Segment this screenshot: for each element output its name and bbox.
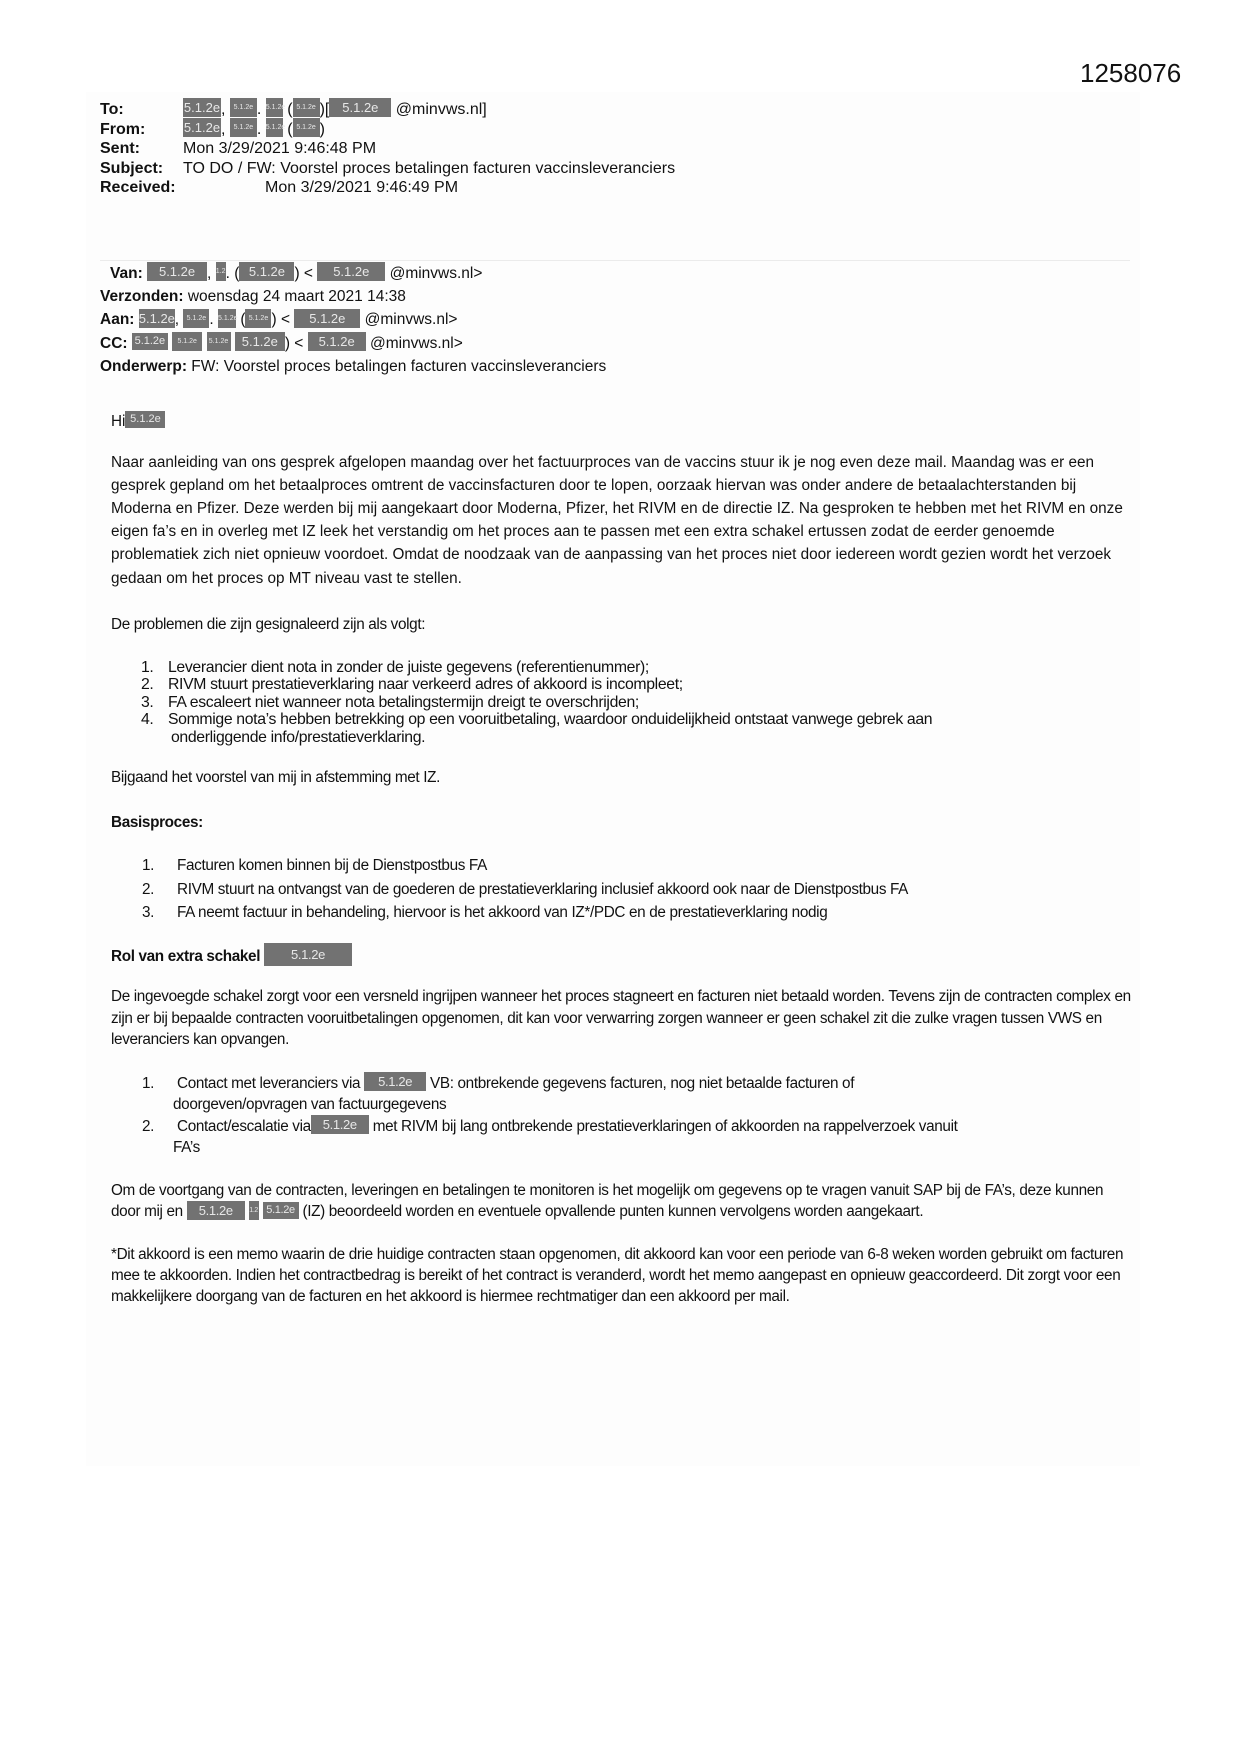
greeting: Hi5.1.2e: [111, 410, 1131, 433]
redaction-box: 5.1.2e: [207, 332, 231, 351]
list-text: RIVM stuurt na ontvangst van de goederen…: [177, 881, 908, 898]
redaction-box: 5.1.2e: [263, 1202, 299, 1219]
from-label: From:: [100, 120, 183, 139]
list-number: 1.: [142, 854, 154, 877]
verzonden-value: woensdag 24 maart 2021 14:38: [188, 288, 406, 305]
redaction-box: 1.2: [216, 262, 226, 281]
aan-domain: @minvws.nl>: [365, 311, 458, 328]
role-paragraph: De ingevoegde schakel zorgt voor een ver…: [111, 986, 1131, 1051]
list-text: FA escaleert niet wanneer nota betalings…: [168, 694, 639, 711]
list-text-continuation: doorgeven/opvragen van factuurgegevens: [173, 1096, 446, 1113]
list-text: RIVM stuurt prestatieverklaring naar ver…: [168, 676, 683, 693]
onderwerp-label: Onderwerp:: [100, 358, 187, 375]
list-item: 2.Contact/escalatie via5.1.2e met RIVM b…: [111, 1116, 1131, 1159]
proposal-intro: Bijgaand het voorstel van mij in afstemm…: [111, 766, 1131, 789]
list-item: 1.Facturen komen binnen bij de Dienstpos…: [111, 854, 1131, 877]
verzonden-label: Verzonden:: [100, 288, 184, 305]
sent-value: Mon 3/29/2021 9:46:48 PM: [183, 139, 376, 158]
from-value: 5.1.2e, 5.1.2e. 5.1.2e (5.1.2e): [183, 120, 325, 139]
sent-row: Sent:Mon 3/29/2021 9:46:48 PM: [100, 139, 675, 159]
list-number: 2.: [142, 1116, 154, 1138]
intro-paragraph: Naar aanleiding van ons gesprek afgelope…: [111, 451, 1131, 590]
list-text: met RIVM bij lang ontbrekende prestatiev…: [373, 1118, 958, 1135]
list-item: 1.Leverancier dient nota in zonder de ju…: [111, 659, 1131, 677]
van-label: Van:: [110, 265, 143, 282]
verzonden-row: Verzonden: woensdag 24 maart 2021 14:38: [100, 285, 606, 308]
to-value: 5.1.2e, 5.1.2e. 5.1.2e (5.1.2e)[5.1.2e @…: [183, 100, 487, 119]
header-divider: [100, 260, 1130, 261]
basis-steps-list: 1.Facturen komen binnen bij de Dienstpos…: [111, 854, 1131, 923]
redaction-box: 5.1.2e: [364, 1072, 426, 1091]
redaction-box: 5.1.2e: [183, 309, 209, 328]
list-text: Contact met leveranciers via: [177, 1075, 360, 1092]
cc-domain: @minvws.nl>: [370, 335, 463, 352]
list-number: 2.: [141, 676, 153, 694]
role-list: 1.Contact met leveranciers via 5.1.2e VB…: [111, 1073, 1131, 1159]
received-label: Received:: [100, 178, 183, 197]
redaction-box: 5.1.2e: [183, 118, 221, 137]
redaction-box: 5.1.2e: [293, 98, 320, 117]
redaction-box: 5.1.2e: [187, 1201, 245, 1220]
email-header: To:5.1.2e, 5.1.2e. 5.1.2e (5.1.2e)[5.1.2…: [100, 100, 675, 198]
redaction-box: 5.1.2e: [172, 332, 202, 351]
list-text: Leverancier dient nota in zonder de juis…: [168, 659, 649, 676]
redaction-box: 5.1.2e: [245, 309, 271, 328]
redaction-box: 5.1.2e: [147, 262, 207, 281]
from-row: From:5.1.2e, 5.1.2e. 5.1.2e (5.1.2e): [100, 120, 675, 140]
list-text-continuation: FA’s: [173, 1139, 200, 1156]
redaction-box: 5.1.2e: [317, 262, 385, 281]
redaction-box: 5.1.2e: [230, 98, 257, 117]
redaction-box: 5.1.2e: [239, 262, 294, 281]
list-text: VB: ontbrekende gegevens facturen, nog n…: [430, 1075, 854, 1092]
monitor-paragraph: Om de voortgang van de contracten, lever…: [111, 1180, 1131, 1223]
document-number: 1258076: [1080, 58, 1181, 89]
redaction-box: 5.1.2e: [264, 943, 352, 966]
redaction-box: 5.1.2e: [125, 411, 165, 428]
list-text: Sommige nota’s hebben betrekking op een …: [168, 711, 932, 728]
redaction-box: 5.1.2e: [311, 1115, 369, 1134]
redaction-box: 5.1.2e: [329, 98, 391, 117]
list-text: Contact/escalatie via: [177, 1118, 311, 1135]
list-item: 1.Contact met leveranciers via 5.1.2e VB…: [111, 1073, 1131, 1116]
to-domain: @minvws.nl]: [396, 101, 487, 118]
footnote-paragraph: *Dit akkoord is een memo waarin de drie …: [111, 1244, 1131, 1307]
list-number: 4.: [141, 711, 153, 729]
list-item: 2.RIVM stuurt prestatieverklaring naar v…: [111, 676, 1131, 694]
redaction-box: 5.1.2e: [293, 118, 320, 137]
list-number: 1.: [141, 659, 153, 677]
list-number: 3.: [142, 901, 154, 924]
list-item-continuation: onderliggende info/prestatieverklaring.: [111, 729, 1131, 747]
redaction-box: 5.1.2e: [218, 309, 236, 328]
to-row: To:5.1.2e, 5.1.2e. 5.1.2e (5.1.2e)[5.1.2…: [100, 100, 675, 120]
email-body: Hi5.1.2e Naar aanleiding van ons gesprek…: [111, 410, 1131, 1307]
list-number: 3.: [141, 694, 153, 712]
role-heading-text: Rol van extra schakel: [111, 948, 260, 965]
onderwerp-value: FW: Voorstel proces betalingen facturen …: [191, 358, 606, 375]
forwarded-header: Van: 5.1.2e, 1.2. (5.1.2e) < 5.1.2e @min…: [100, 262, 606, 378]
redaction-box: 5.1.2e: [132, 333, 168, 350]
van-row: Van: 5.1.2e, 1.2. (5.1.2e) < 5.1.2e @min…: [100, 262, 606, 285]
list-item: 4.Sommige nota’s hebben betrekking op ee…: [111, 711, 1131, 729]
list-number: 2.: [142, 878, 154, 901]
list-item: 3.FA neemt factuur in behandeling, hierv…: [111, 901, 1131, 924]
redaction-box: 5.1.2e: [235, 332, 285, 351]
list-text: FA neemt factuur in behandeling, hiervoo…: [177, 904, 827, 921]
received-value: Mon 3/29/2021 9:46:49 PM: [183, 178, 458, 197]
redaction-box: 1.2: [249, 1201, 259, 1220]
to-label: To:: [100, 100, 183, 119]
role-heading: Rol van extra schakel 5.1.2e: [111, 945, 1131, 968]
redaction-box: 5.1.2e: [183, 98, 221, 117]
list-text: onderliggende info/prestatieverklaring.: [171, 729, 425, 746]
aan-label: Aan:: [100, 311, 134, 328]
onderwerp-row: Onderwerp: FW: Voorstel proces betalinge…: [100, 355, 606, 378]
cc-row: CC: 5.1.2e 5.1.2e 5.1.2e 5.1.2e) < 5.1.2…: [100, 332, 606, 355]
list-number: 1.: [142, 1073, 154, 1095]
greeting-text: Hi: [111, 413, 125, 430]
sent-label: Sent:: [100, 139, 183, 158]
cc-label: CC:: [100, 335, 128, 352]
problems-intro: De problemen die zijn gesignaleerd zijn …: [111, 613, 1131, 636]
basis-heading: Basisproces:: [111, 811, 1131, 834]
van-domain: @minvws.nl>: [390, 265, 483, 282]
subject-value: TO DO / FW: Voorstel proces betalingen f…: [183, 159, 675, 178]
subject-row: Subject:TO DO / FW: Voorstel proces beta…: [100, 159, 675, 179]
redaction-box: 5.1.2e: [139, 309, 175, 328]
list-text: Facturen komen binnen bij de Dienstpostb…: [177, 857, 487, 874]
redaction-box: 5.1.2e: [266, 98, 283, 117]
redaction-box: 5.1.2e: [266, 118, 283, 137]
subject-label: Subject:: [100, 159, 183, 178]
received-row: Received:Mon 3/29/2021 9:46:49 PM: [100, 178, 675, 198]
redaction-box: 5.1.2e: [308, 332, 366, 351]
redaction-box: 5.1.2e: [230, 118, 257, 137]
monitor-text: (IZ) beoordeeld worden en eventuele opva…: [302, 1203, 923, 1220]
redaction-box: 5.1.2e: [294, 309, 360, 328]
problems-list: 1.Leverancier dient nota in zonder de ju…: [111, 659, 1131, 747]
list-item: 2.RIVM stuurt na ontvangst van de goeder…: [111, 878, 1131, 901]
list-item: 3.FA escaleert niet wanneer nota betalin…: [111, 694, 1131, 712]
aan-row: Aan: 5.1.2e, 5.1.2e. 5.1.2e (5.1.2e) < 5…: [100, 308, 606, 331]
